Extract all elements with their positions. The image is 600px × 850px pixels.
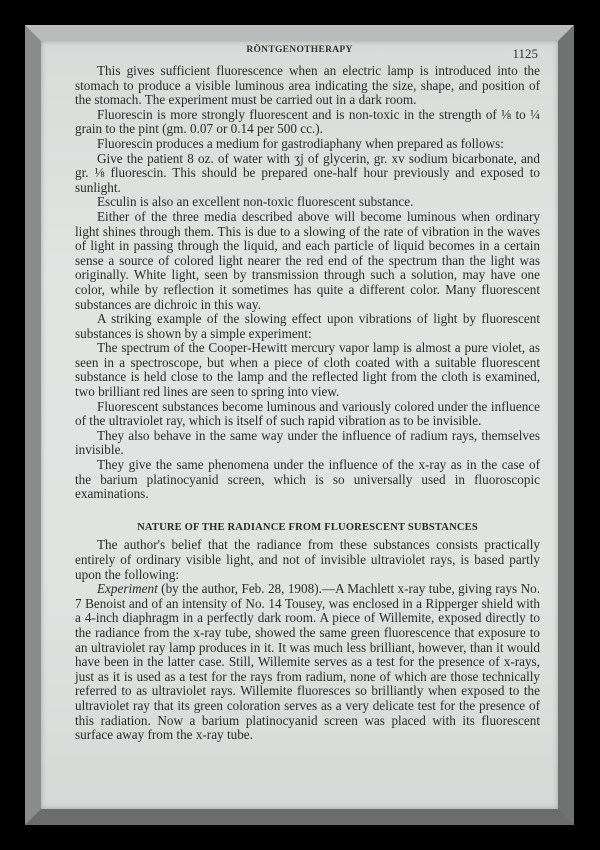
paragraph: The spectrum of the Cooper-Hewitt mercur…: [75, 341, 540, 399]
section-heading: NATURE OF THE RADIANCE FROM FLUORESCENT …: [75, 521, 540, 536]
paragraph: Give the patient 8 oz. of water with ʒj …: [75, 152, 540, 196]
experiment-text: (by the author, Feb. 28, 1908).—A Machle…: [75, 581, 540, 742]
experiment-label: Experiment: [97, 581, 158, 596]
body-text: This gives sufficient fluorescence when …: [75, 64, 540, 743]
running-title: RÖNTGENOTHERAPY: [41, 45, 558, 55]
book-page: RÖNTGENOTHERAPY 1125 This gives sufficie…: [41, 41, 558, 809]
running-head: RÖNTGENOTHERAPY 1125: [41, 45, 558, 61]
section-intro: The author's belief that the radiance fr…: [75, 538, 540, 582]
paragraph: Fluorescin produces a medium for gastrod…: [75, 137, 540, 152]
experiment-paragraph: Experiment (by the author, Feb. 28, 1908…: [75, 582, 540, 743]
paragraph: Fluorescent substances become luminous a…: [75, 400, 540, 429]
paragraph: This gives sufficient fluorescence when …: [75, 64, 540, 108]
paragraph: They also behave in the same way under t…: [75, 429, 540, 458]
paragraph: They give the same phenomena under the i…: [75, 458, 540, 502]
paragraph: A striking example of the slowing effect…: [75, 312, 540, 341]
photo-frame: RÖNTGENOTHERAPY 1125 This gives sufficie…: [25, 25, 574, 825]
paragraph: Fluorescin is more strongly fluorescent …: [75, 108, 540, 137]
paragraph: Either of the three media described abov…: [75, 210, 540, 312]
paragraph: Esculin is also an excellent non-toxic f…: [75, 195, 540, 210]
page-number: 1125: [512, 46, 538, 62]
